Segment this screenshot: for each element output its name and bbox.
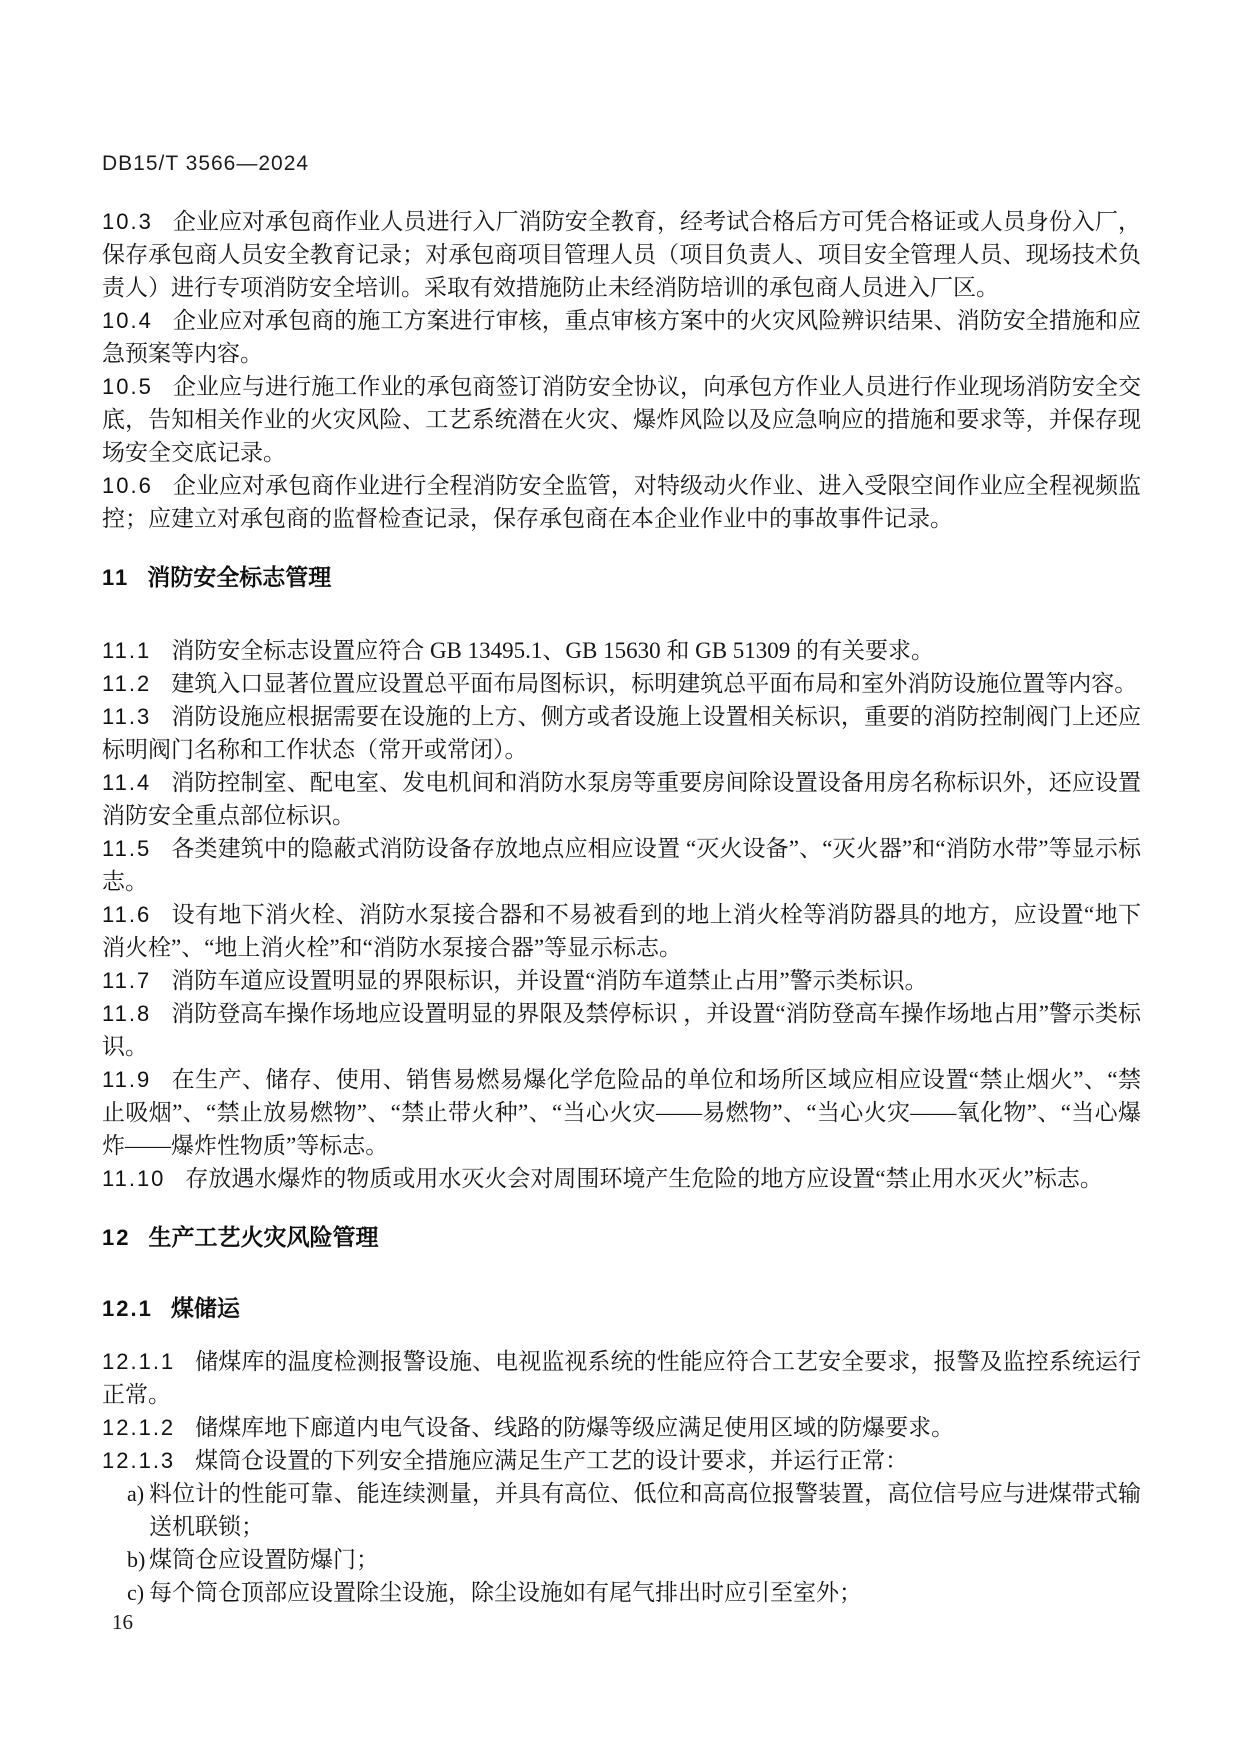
clause-number: 12.1.1 [102,1349,195,1374]
clause-text: 各类建筑中的隐蔽式消防设备存放地点应相应设置 “灭火设备”、“灭火器”和“消防水… [102,836,1141,894]
section-heading-12-1: 12.1煤储运 [102,1294,1141,1323]
clause-number: 11.10 [102,1166,185,1191]
clause-11-10: 11.10存放遇水爆炸的物质或用水灭火会对周围环境产生危险的地方应设置“禁止用水… [102,1162,1141,1195]
clause-number: 11.5 [102,836,171,861]
document-code: DB15/T 3566—2024 [102,153,1141,175]
clause-10-6: 10.6企业应对承包商作业进行全程消防安全监管，对特级动火作业、进入受限空间作业… [102,469,1141,535]
clause-text: 消防设施应根据需要在设施的上方、侧方或者设施上设置相关标识，重要的消防控制阀门上… [102,704,1141,762]
clause-12-1-1: 12.1.1储煤库的温度检测报警设施、电视监视系统的性能应符合工艺安全要求，报警… [102,1345,1141,1411]
clause-12-1-2: 12.1.2储煤库地下廊道内电气设备、线路的防爆等级应满足使用区域的防爆要求。 [102,1411,1141,1444]
clause-11-7: 11.7消防车道应设置明显的界限标识，并设置“消防车道禁止占用”警示类标识。 [102,964,1141,997]
list-item-b: b)煤筒仓应设置防爆门； [102,1543,1141,1576]
list-item-text: 煤筒仓应设置防爆门； [149,1547,379,1572]
chapter-heading-12: 12生产工艺火灾风险管理 [102,1223,1141,1252]
chapter-title: 消防安全标志管理 [147,564,331,590]
clause-number: 10.5 [102,374,173,399]
clause-number: 11.6 [102,902,171,927]
list-item-a: a)料位计的性能可靠、能连续测量，并具有高位、低位和高高位报警装置，高位信号应与… [102,1477,1141,1543]
clause-number: 10.4 [102,308,173,333]
list-item-text: 料位计的性能可靠、能连续测量，并具有高位、低位和高高位报警装置，高位信号应与进煤… [149,1481,1141,1539]
chapter-heading-11: 11消防安全标志管理 [102,563,1141,592]
page-number: 16 [112,1610,133,1635]
clause-11-2: 11.2建筑入口显著位置应设置总平面布局图标识，标明建筑总平面布局和室外消防设施… [102,667,1141,700]
clause-11-6: 11.6设有地下消火栓、消防水泵接合器和不易被看到的地上消火栓等消防器具的地方，… [102,898,1141,964]
clause-number: 12.1.3 [102,1448,195,1473]
chapter-number: 12 [102,1225,148,1250]
clause-text: 煤筒仓设置的下列安全措施应满足生产工艺的设计要求，并运行正常： [195,1448,908,1473]
clause-number: 11.3 [102,704,171,729]
section-number: 12.1 [102,1296,171,1321]
clause-text: 企业应与进行施工作业的承包商签订消防安全协议，向承包方作业人员进行作业现场消防安… [102,374,1141,465]
clause-text: 在生产、储存、使用、销售易燃易爆化学危险品的单位和场所区域应相应设置“禁止烟火”… [102,1067,1141,1158]
clause-number: 11.2 [102,671,171,696]
clause-12-1-3: 12.1.3煤筒仓设置的下列安全措施应满足生产工艺的设计要求，并运行正常： [102,1444,1141,1477]
document-page: DB15/T 3566—2024 10.3企业应对承包商作业人员进行入厂消防安全… [0,0,1241,1755]
clause-text: 储煤库地下廊道内电气设备、线路的防爆等级应满足使用区域的防爆要求。 [195,1415,954,1440]
clause-11-3: 11.3消防设施应根据需要在设施的上方、侧方或者设施上设置相关标识，重要的消防控… [102,700,1141,766]
section-title: 煤储运 [171,1295,240,1321]
list-marker: b) [127,1543,145,1576]
clause-10-4: 10.4企业应对承包商的施工方案进行审核，重点审核方案中的火灾风险辨识结果、消防… [102,304,1141,370]
clause-number: 10.3 [102,209,173,234]
page-content: DB15/T 3566—2024 10.3企业应对承包商作业人员进行入厂消防安全… [102,153,1141,1609]
clause-text: 企业应对承包商作业人员进行入厂消防安全教育，经考试合格后方可凭合格证或人员身份入… [102,209,1141,300]
clause-11-1: 11.1消防安全标志设置应符合 GB 13495.1、GB 15630 和 GB… [102,634,1141,667]
clause-number: 12.1.2 [102,1415,195,1440]
clause-text: 企业应对承包商作业进行全程消防安全监管，对特级动火作业、进入受限空间作业应全程视… [102,473,1141,531]
list-marker: a) [127,1477,144,1510]
clause-number: 11.8 [102,1001,171,1026]
clause-11-5: 11.5各类建筑中的隐蔽式消防设备存放地点应相应设置 “灭火设备”、“灭火器”和… [102,832,1141,898]
clause-text: 消防登高车操作场地应设置明显的界限及禁停标识 ，并设置“消防登高车操作场地占用”… [102,1001,1141,1059]
clause-10-3: 10.3企业应对承包商作业人员进行入厂消防安全教育，经考试合格后方可凭合格证或人… [102,205,1141,304]
clause-number: 10.6 [102,473,173,498]
clause-10-5: 10.5企业应与进行施工作业的承包商签订消防安全协议，向承包方作业人员进行作业现… [102,370,1141,469]
clause-text: 建筑入口显著位置应设置总平面布局图标识，标明建筑总平面布局和室外消防设施位置等内… [171,671,1137,696]
clause-number: 11.1 [102,638,171,663]
clause-number: 11.4 [102,770,171,795]
clause-11-9: 11.9在生产、储存、使用、销售易燃易爆化学危险品的单位和场所区域应相应设置“禁… [102,1063,1141,1162]
list-item-c: c)每个筒仓顶部应设置除尘设施，除尘设施如有尾气排出时应引至室外； [102,1576,1141,1609]
clause-11-8: 11.8消防登高车操作场地应设置明显的界限及禁停标识 ，并设置“消防登高车操作场… [102,997,1141,1063]
clause-number: 11.9 [102,1067,171,1092]
clause-text: 设有地下消火栓、消防水泵接合器和不易被看到的地上消火栓等消防器具的地方，应设置“… [102,902,1141,960]
clause-text: 消防安全标志设置应符合 GB 13495.1、GB 15630 和 GB 513… [171,638,934,663]
chapter-number: 11 [102,565,147,590]
clause-text: 储煤库的温度检测报警设施、电视监视系统的性能应符合工艺安全要求，报警及监控系统运… [102,1349,1141,1407]
list-item-text: 每个筒仓顶部应设置除尘设施，除尘设施如有尾气排出时应引至室外； [149,1580,862,1605]
clause-11-4: 11.4消防控制室、配电室、发电机间和消防水泵房等重要房间除设置设备用房名称标识… [102,766,1141,832]
chapter-title: 生产工艺火灾风险管理 [148,1224,378,1250]
clause-text: 消防控制室、配电室、发电机间和消防水泵房等重要房间除设置设备用房名称标识外，还应… [102,770,1141,828]
clause-text: 消防车道应设置明显的界限标识，并设置“消防车道禁止占用”警示类标识。 [171,968,927,993]
clause-text: 企业应对承包商的施工方案进行审核，重点审核方案中的火灾风险辨识结果、消防安全措施… [102,308,1141,366]
clause-text: 存放遇水爆炸的物质或用水灭火会对周围环境产生危险的地方应设置“禁止用水灭火”标志… [185,1166,1102,1191]
list-marker: c) [127,1576,144,1609]
clause-number: 11.7 [102,968,171,993]
